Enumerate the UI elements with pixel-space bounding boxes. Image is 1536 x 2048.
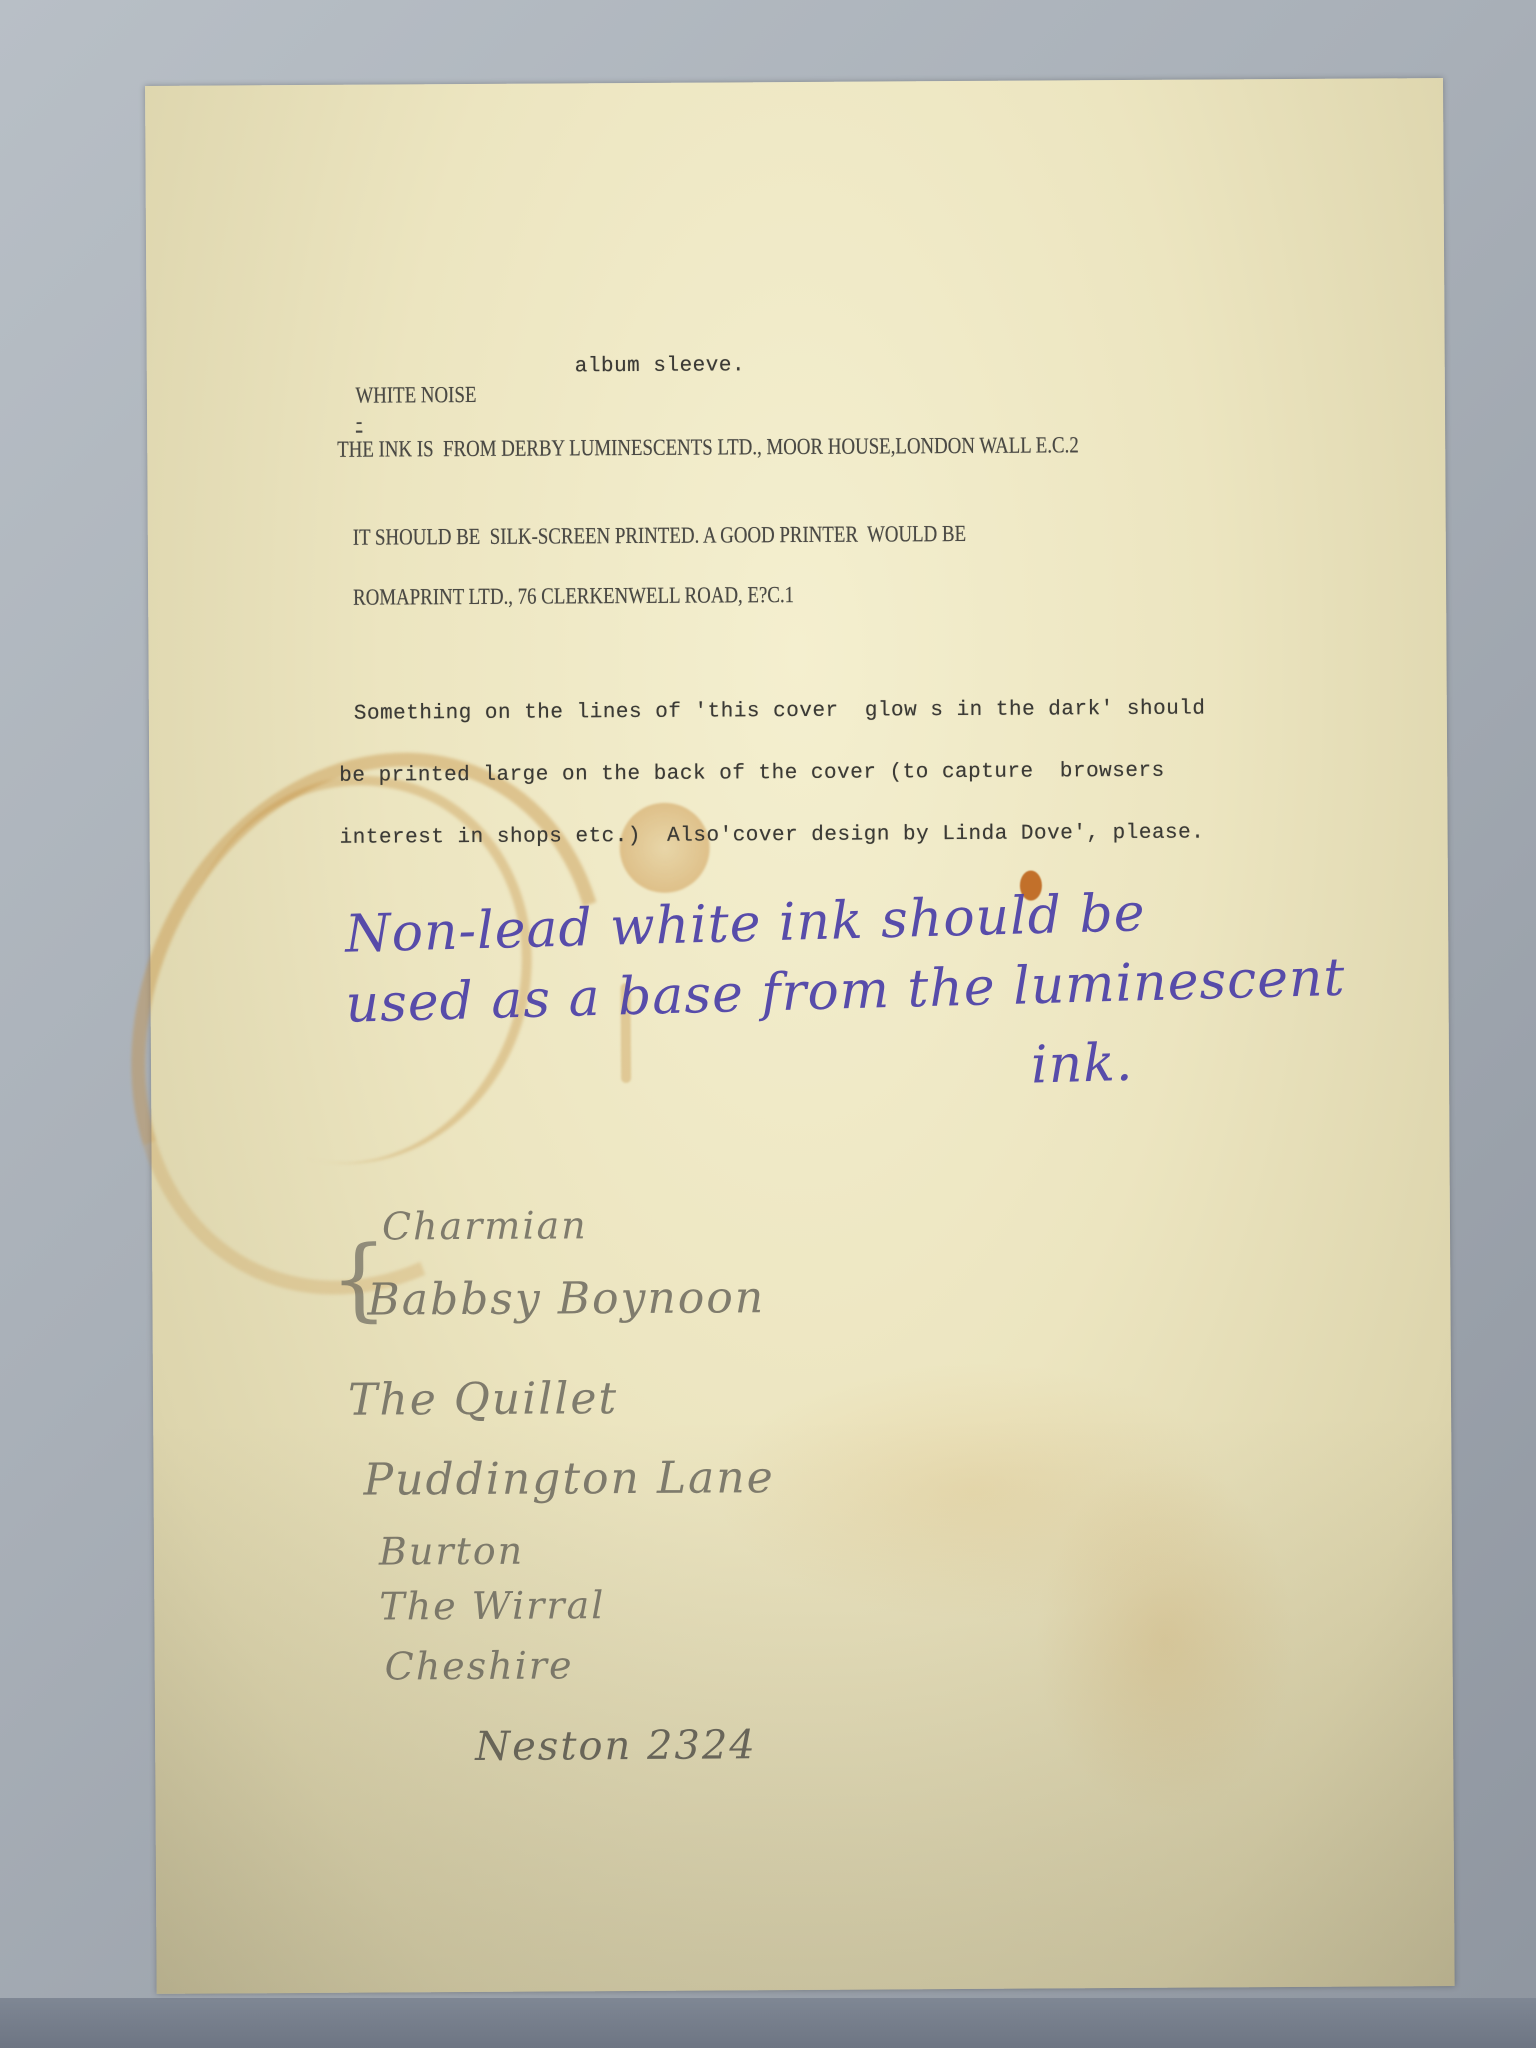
backdrop-surface [0,1998,1536,2048]
handwritten-note-line-3: ink. [1030,1033,1134,1096]
pencil-address-line-4: The Wirral [379,1583,605,1628]
pencil-address-line-2: Puddington Lane [363,1452,774,1506]
pencil-name: Babbsy Boynoon [367,1272,765,1325]
paragraph-line-2: be printed large on the back of the cove… [339,760,1165,788]
title-heading: WHITE NOISE [355,382,476,408]
paragraph-line-1: Something on the lines of 'this cover gl… [354,697,1206,725]
coffee-stain-faint [1033,1459,1295,1821]
ink-source-line: THE INK IS FROM DERBY LUMINESCENTS LTD.,… [337,432,1079,463]
pencil-address-line-1: The Quillet [348,1373,618,1426]
printing-line-2: ROMAPRINT LTD., 76 CLERKENWELL ROAD, E?C… [353,582,794,611]
printing-line-1: IT SHOULD BE SILK-SCREEN PRINTED. A GOOD… [353,521,966,551]
pencil-address-line-5: Cheshire [385,1643,574,1688]
paragraph-line-3: interest in shops etc.) Also'cover desig… [340,822,1205,850]
pencil-alt-name: Charmian [382,1203,588,1248]
title-dash: - [356,409,362,434]
pencil-address-line-3: Burton [379,1529,524,1574]
pencil-phone: Neston 2324 [475,1722,757,1770]
title-subtitle: album sleeve. [575,354,745,378]
document-sheet: WHITE NOISE - album sleeve. THE INK IS F… [145,78,1455,1994]
